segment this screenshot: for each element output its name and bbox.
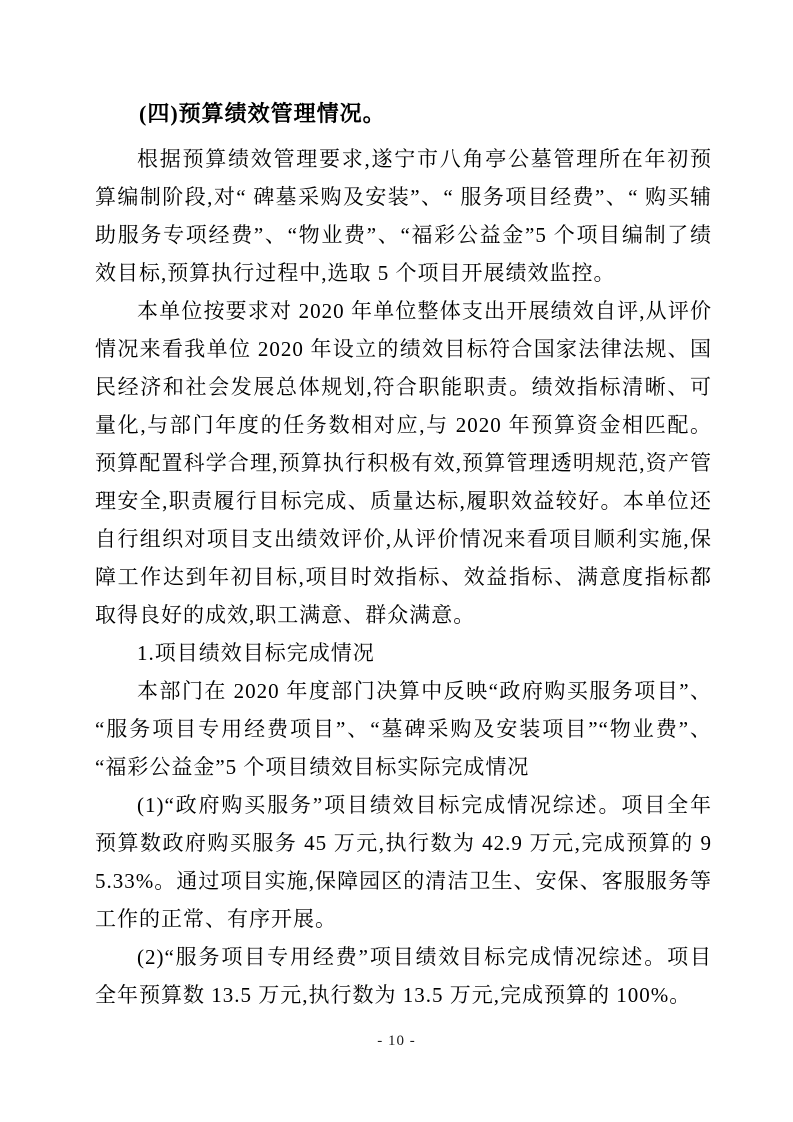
paragraph-self-evaluation: 本单位按要求对 2020 年单位整体支出开展绩效自评,从评价情况来看我单位 20…: [95, 292, 712, 634]
subheading-project-completion: 1.项目绩效目标完成情况: [95, 634, 712, 672]
paragraph-budget-targets: 根据预算绩效管理要求,遂宁市八角亭公墓管理所在年初预算编制阶段,对“ 碑墓采购及…: [95, 140, 712, 292]
section-heading: (四)预算绩效管理情况。: [95, 94, 712, 134]
paragraph-item2-service-funds: (2)“服务项目专用经费”项目绩效目标完成情况综述。项目全年预算数 13.5 万…: [95, 938, 712, 1014]
document-page: (四)预算绩效管理情况。 根据预算绩效管理要求,遂宁市八角亭公墓管理所在年初预算…: [0, 0, 793, 1122]
page-number: - 10 -: [0, 1033, 793, 1050]
document-content: (四)预算绩效管理情况。 根据预算绩效管理要求,遂宁市八角亭公墓管理所在年初预算…: [95, 94, 712, 1014]
paragraph-final-accounts: 本部门在 2020 年度部门决算中反映“政府购买服务项目”、“服务项目专用经费项…: [95, 672, 712, 786]
paragraph-item1-government-purchase: (1)“政府购买服务”项目绩效目标完成情况综述。项目全年预算数政府购买服务 45…: [95, 786, 712, 938]
